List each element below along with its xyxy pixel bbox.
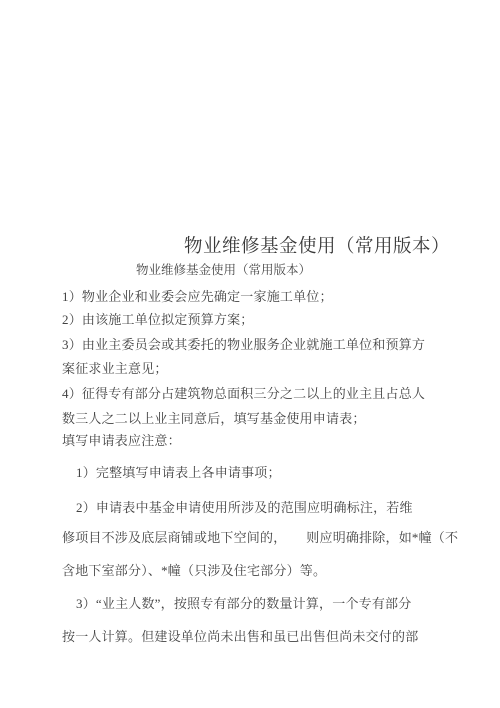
document-title: 物业维修基金使用（常用版本） — [184, 237, 450, 258]
text-line-9: 2）申请表中基金申请使用所涉及的范围应明确标注，若维 — [76, 501, 413, 516]
document-page: 物业维修基金使用（常用版本） 物业维修基金使用（常用版本） 1）物业企业和业委会… — [0, 0, 500, 708]
text-line-5: 4）征得专有部分占建筑物总面积三分之二以上的业主且占总人 — [62, 387, 425, 402]
text-line-12: 3）“业主人数”，按照专有部分的数量计算，一个专有部分 — [76, 597, 411, 612]
text-line-4: 案征求业主意见； — [62, 362, 168, 377]
document-subtitle: 物业维修基金使用（常用版本） — [136, 263, 311, 277]
text-line-8: 1）完整填写申请表上各申请事项； — [76, 466, 281, 481]
text-line-2: 2）由该施工单位拟定预算方案； — [62, 313, 254, 328]
text-line-11: 含地下室部分）、*幢（只涉及住宅部分）等。 — [62, 564, 326, 579]
text-line-6: 数三人之二以上业主同意后，填写基金使用申请表； — [62, 412, 366, 427]
text-line-7: 填写申请表应注意： — [62, 434, 181, 449]
text-line-3: 3）由业主委员会或其委托的物业服务企业就施工单位和预算方 — [62, 338, 425, 353]
text-line-10: 修项目不涉及底层商铺或地下空间的， 则应明确排除，如*幢（不 — [62, 531, 458, 546]
text-line-13: 按一人计算。但建设单位尚未出售和虽已出售但尚未交付的部 — [62, 630, 418, 645]
text-line-1: 1）物业企业和业委会应先确定一家施工单位； — [62, 290, 333, 305]
